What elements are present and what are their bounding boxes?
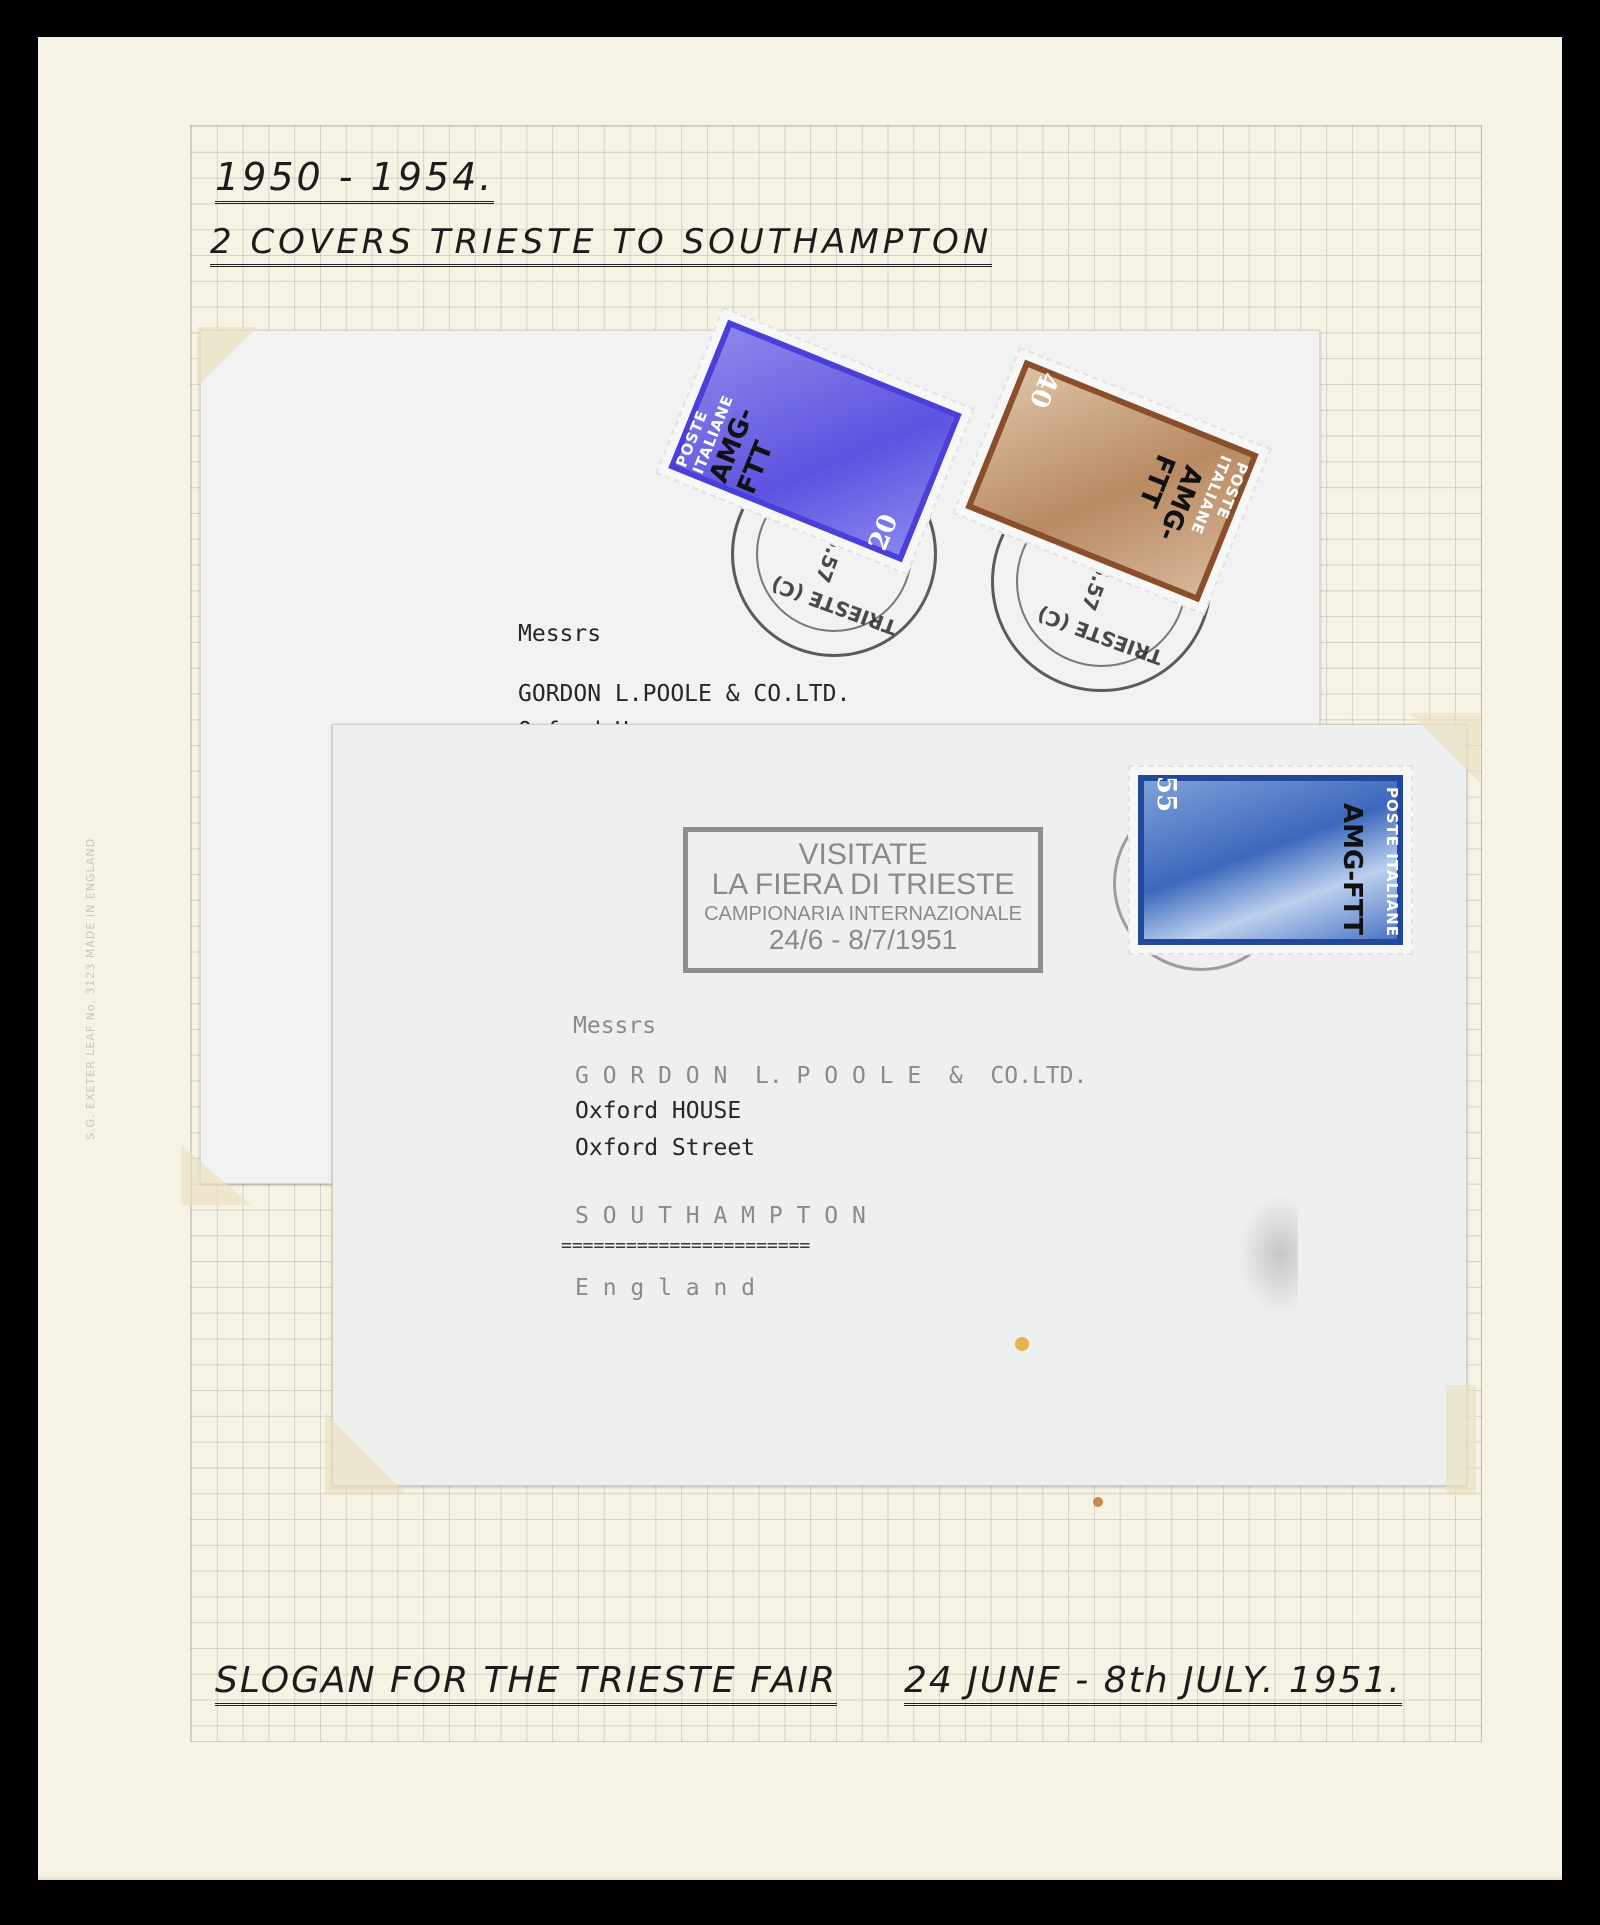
cover2-underline: ======================= [561, 1235, 810, 1256]
cover2-country: E n g l a n d [575, 1275, 755, 1301]
page-title: 2 COVERS TRIESTE TO SOUTHAMPTON [210, 222, 992, 262]
corner-hinge [325, 1413, 405, 1493]
foxing-spot [1015, 1337, 1029, 1351]
cover1-addressee: GORDON L.POOLE & CO.LTD. [518, 681, 850, 707]
smudge [1238, 1195, 1298, 1315]
corner-hinge [1446, 1385, 1476, 1495]
corner-hinge [181, 1145, 251, 1205]
cover2-address-line1: Oxford HOUSE [575, 1098, 741, 1124]
slogan-cancellation: VISITATE LA FIERA DI TRIESTE CAMPIONARIA… [683, 827, 1043, 973]
page-title-dates: 1950 - 1954. [215, 155, 494, 199]
foxing-spot [1093, 1497, 1103, 1507]
cover2-city: S O U T H A M P T O N [575, 1203, 866, 1229]
cover2-addressee: G O R D O N L. P O O L E & CO.LTD. [575, 1063, 1087, 1089]
corner-hinge [197, 327, 257, 387]
corner-hinge [1410, 713, 1480, 783]
cover-2[interactable]: TRIESTE CORRISP. PACCHI POSTE ITALIANE A… [332, 724, 1467, 1486]
cover2-address-line2: Oxford Street [575, 1135, 755, 1161]
leaf-imprint: S.G. EXETER LEAF No. 3123 MADE IN ENGLAN… [84, 838, 97, 1140]
cover1-salutation: Messrs [518, 621, 601, 647]
page-caption: SLOGAN FOR THE TRIESTE FAIR 24 JUNE - 8t… [215, 1660, 1402, 1701]
stamp-55-lire: POSTE ITALIANE AMG-FTT 55 [1128, 765, 1413, 955]
cover2-salutation: Messrs [573, 1013, 656, 1039]
